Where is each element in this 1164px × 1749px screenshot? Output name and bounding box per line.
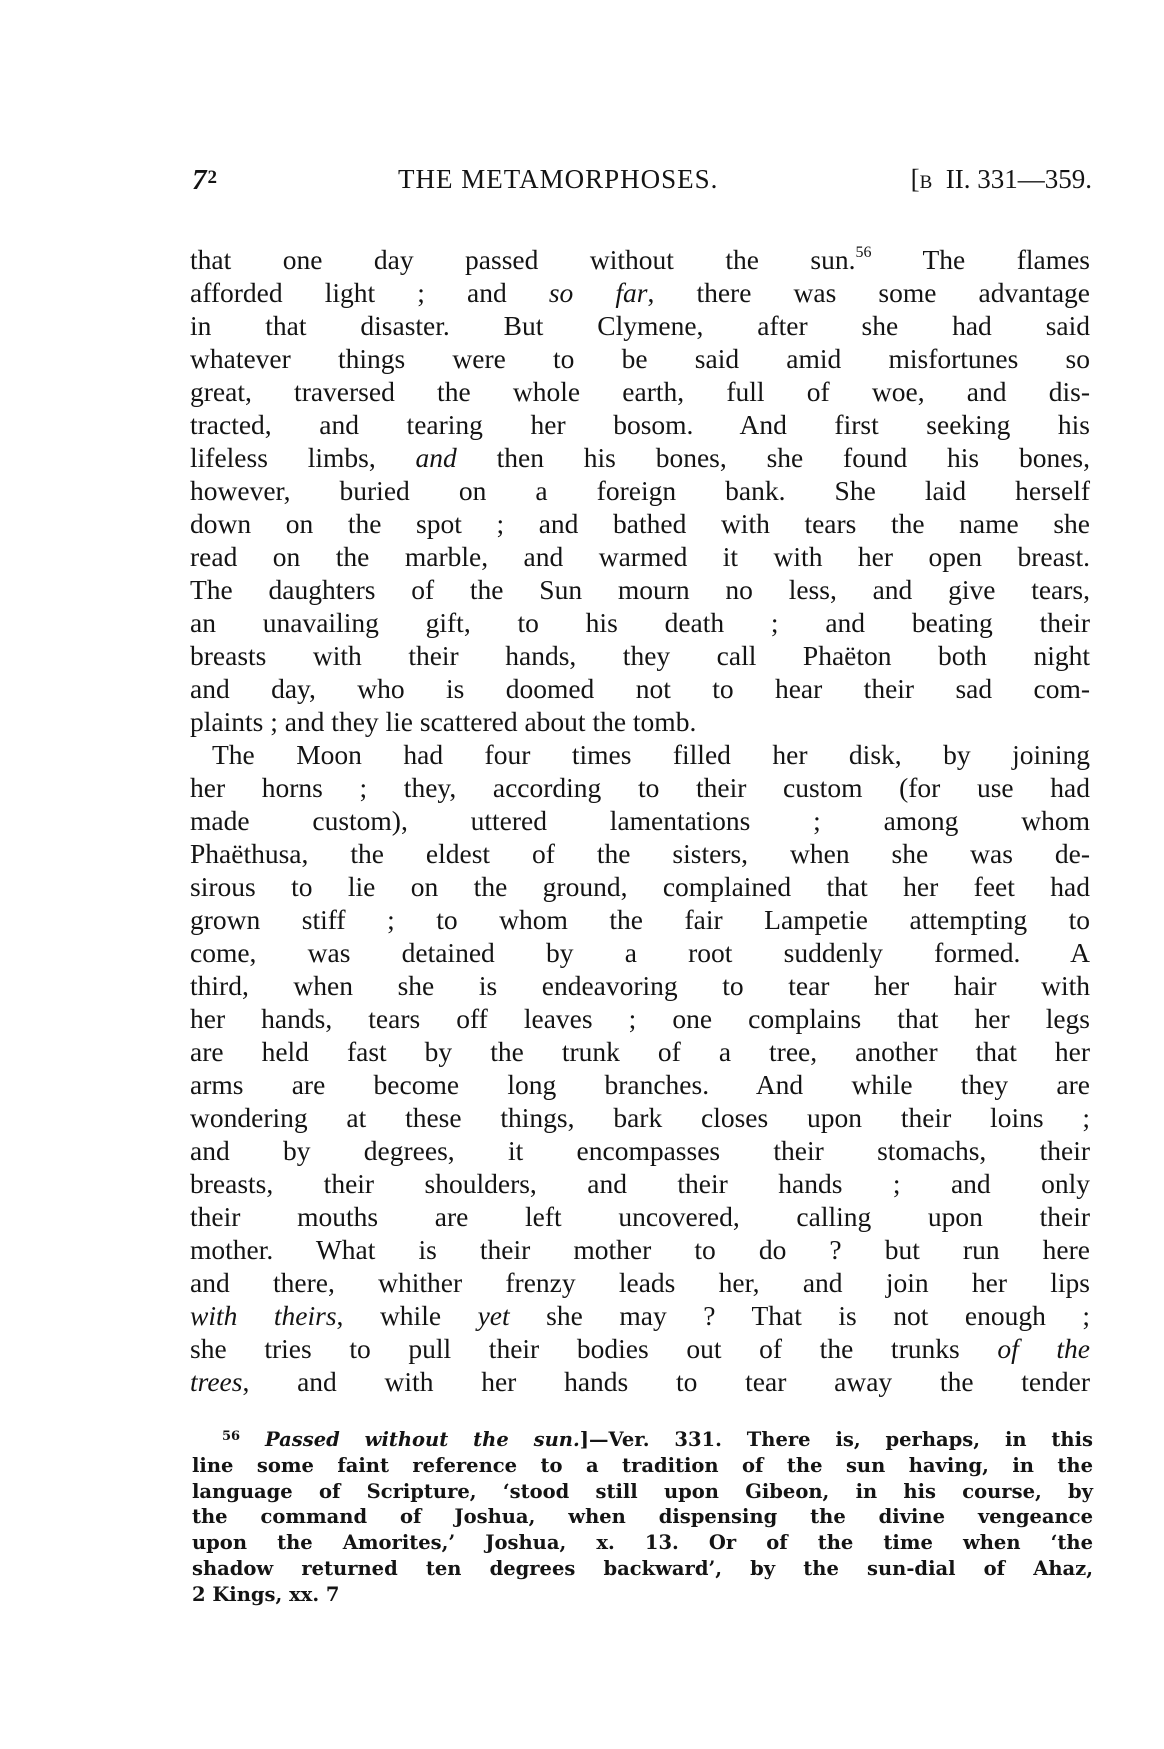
ref-book: B bbox=[920, 172, 933, 193]
footnote-line: language of Scripture, ‘stood still upon… bbox=[192, 1479, 1093, 1505]
text-segment: are held fast by the trunk of a tree, an… bbox=[190, 1036, 1090, 1067]
text-segment: and by degrees, it encompasses their sto… bbox=[190, 1135, 1090, 1166]
footnote-marker: 56 bbox=[856, 244, 872, 261]
body-line: The daughters of the Sun mourn no less, … bbox=[190, 573, 1090, 606]
text-segment: breasts, their shoulders, and their hand… bbox=[190, 1168, 1090, 1199]
body-line: their mouths are left uncovered, calling… bbox=[190, 1200, 1090, 1233]
text-segment: her hands, tears off leaves ; one compla… bbox=[190, 1003, 1090, 1034]
body-line: trees, and with her hands to tear away t… bbox=[190, 1365, 1090, 1398]
page-number: 72 bbox=[192, 164, 218, 197]
text-segment: , and with her hands to tear away the te… bbox=[242, 1366, 1090, 1397]
text-segment: The flames bbox=[872, 244, 1091, 275]
text-segment: an unavailing gift, to his death ; and b… bbox=[190, 607, 1090, 638]
ref-bracket: [ bbox=[911, 164, 920, 194]
footnote-line: shadow returned ten degrees backward’, b… bbox=[192, 1556, 1093, 1582]
text-segment: breasts with their hands, they call Phaë… bbox=[190, 640, 1090, 671]
body-text: that one day passed without the sun.56 T… bbox=[190, 243, 1090, 1398]
text-segment: grown stiff ; to whom the fair Lampetie … bbox=[190, 904, 1090, 935]
body-line: made custom), uttered lamentations ; amo… bbox=[190, 804, 1090, 837]
body-line: that one day passed without the sun.56 T… bbox=[190, 243, 1090, 276]
italic-text: yet bbox=[478, 1300, 510, 1331]
text-segment: and there, whither frenzy leads her, and… bbox=[190, 1267, 1090, 1298]
body-line: however, buried on a foreign bank. She l… bbox=[190, 474, 1090, 507]
body-line: her hands, tears off leaves ; one compla… bbox=[190, 1002, 1090, 1035]
text-segment: she tries to pull their bodies out of th… bbox=[190, 1333, 997, 1364]
body-line: great, traversed the whole earth, full o… bbox=[190, 375, 1090, 408]
body-line: mother. What is their mother to do ? but… bbox=[190, 1233, 1090, 1266]
body-line: third, when she is endeavoring to tear h… bbox=[190, 969, 1090, 1002]
text-segment: whatever things were to be said amid mis… bbox=[190, 343, 1090, 374]
running-head: 72 THE METAMORPHOSES. [B II. 331—359. bbox=[190, 160, 1092, 200]
text-segment: mother. What is their mother to do ? but… bbox=[190, 1234, 1090, 1265]
text-segment: great, traversed the whole earth, full o… bbox=[190, 376, 1090, 407]
body-line: sirous to lie on the ground, complained … bbox=[190, 870, 1090, 903]
body-line: and day, who is doomed not to hear their… bbox=[190, 672, 1090, 705]
text-segment: their mouths are left uncovered, calling… bbox=[190, 1201, 1090, 1232]
body-line: down on the spot ; and bathed with tears… bbox=[190, 507, 1090, 540]
body-line: breasts, their shoulders, and their hand… bbox=[190, 1167, 1090, 1200]
page-number-digit: 7 bbox=[192, 164, 208, 196]
text-segment: plaints ; and they lie scattered about t… bbox=[190, 706, 696, 737]
text-segment: afforded light ; and bbox=[190, 277, 549, 308]
body-line: are held fast by the trunk of a tree, an… bbox=[190, 1035, 1090, 1068]
footnote-line: the command of Joshua, when dispensing t… bbox=[192, 1504, 1093, 1530]
text-segment: , while bbox=[337, 1300, 478, 1331]
text-segment: read on the marble, and warmed it with h… bbox=[190, 541, 1090, 572]
footnote-line: upon the Amorites,’ Joshua, x. 13. Or of… bbox=[192, 1530, 1093, 1556]
italic-text: with theirs bbox=[190, 1300, 337, 1331]
line-reference: [B II. 331—359. bbox=[911, 164, 1092, 195]
text-segment: come, was detained by a root suddenly fo… bbox=[190, 937, 1090, 968]
text-segment: third, when she is endeavoring to tear h… bbox=[190, 970, 1090, 1001]
body-line: and there, whither frenzy leads her, and… bbox=[190, 1266, 1090, 1299]
body-line: an unavailing gift, to his death ; and b… bbox=[190, 606, 1090, 639]
body-line: with theirs, while yet she may ? That is… bbox=[190, 1299, 1090, 1332]
text-segment: made custom), uttered lamentations ; amo… bbox=[190, 805, 1090, 836]
text-segment: that one day passed without the sun. bbox=[190, 244, 856, 275]
body-line: tracted, and tearing her bosom. And firs… bbox=[190, 408, 1090, 441]
text-segment: The daughters of the Sun mourn no less, … bbox=[190, 574, 1090, 605]
text-segment: wondering at these things, bark closes u… bbox=[190, 1102, 1090, 1133]
text-segment: lifeless limbs, bbox=[190, 442, 416, 473]
footnote-marker: 56 bbox=[222, 1429, 240, 1444]
body-line: afforded light ; and so far, there was s… bbox=[190, 276, 1090, 309]
body-line: Phaëthusa, the eldest of the sisters, wh… bbox=[190, 837, 1090, 870]
text-segment: she may ? That is not enough ; bbox=[510, 1300, 1090, 1331]
footnote-line: 56 Passed without the sun.]—Ver. 331. Th… bbox=[192, 1427, 1093, 1453]
text-segment: , there was some advantage bbox=[647, 277, 1090, 308]
text-segment: upon the Amorites,’ Joshua, x. 13. Or of… bbox=[192, 1531, 1093, 1554]
body-line: she tries to pull their bodies out of th… bbox=[190, 1332, 1090, 1365]
text-segment: then his bones, she found his bones, bbox=[457, 442, 1090, 473]
text-segment: language of Scripture, ‘stood still upon… bbox=[192, 1480, 1093, 1503]
text-segment: however, buried on a foreign bank. She l… bbox=[190, 475, 1090, 506]
italic-text: Passed without the sun. bbox=[265, 1428, 580, 1451]
footnote-line: line some faint reference to a tradition… bbox=[192, 1453, 1093, 1479]
italic-text: of the bbox=[997, 1333, 1090, 1364]
footnote-line: 2 Kings, xx. 7 bbox=[192, 1582, 1093, 1608]
italic-text: trees bbox=[190, 1366, 242, 1397]
text-segment: shadow returned ten degrees backward’, b… bbox=[192, 1557, 1093, 1580]
text-segment: her horns ; they, according to their cus… bbox=[190, 772, 1090, 803]
text-segment: Phaëthusa, the eldest of the sisters, wh… bbox=[190, 838, 1090, 869]
text-segment: tracted, and tearing her bosom. And firs… bbox=[190, 409, 1090, 440]
text-segment: sirous to lie on the ground, complained … bbox=[190, 871, 1090, 902]
italic-text: so far bbox=[549, 277, 648, 308]
body-line: wondering at these things, bark closes u… bbox=[190, 1101, 1090, 1134]
text-segment: arms are become long branches. And while… bbox=[190, 1069, 1090, 1100]
body-line: breasts with their hands, they call Phaë… bbox=[190, 639, 1090, 672]
body-line: lifeless limbs, and then his bones, she … bbox=[190, 441, 1090, 474]
text-segment: The Moon had four times filled her disk,… bbox=[212, 739, 1090, 770]
book-page: 72 THE METAMORPHOSES. [B II. 331—359. th… bbox=[0, 0, 1164, 1749]
page-number-sup: 2 bbox=[208, 167, 219, 188]
body-line: her horns ; they, according to their cus… bbox=[190, 771, 1090, 804]
body-line: and by degrees, it encompasses their sto… bbox=[190, 1134, 1090, 1167]
italic-text: and bbox=[416, 442, 457, 473]
body-line: grown stiff ; to whom the fair Lampetie … bbox=[190, 903, 1090, 936]
text-segment: 2 Kings, xx. 7 bbox=[192, 1583, 339, 1606]
running-title: THE METAMORPHOSES. bbox=[398, 164, 718, 195]
text-segment: the command of Joshua, when dispensing t… bbox=[192, 1505, 1093, 1528]
text-segment: ]—Ver. 331. There is, perhaps, in this bbox=[580, 1428, 1093, 1451]
text-segment: in that disaster. But Clymene, after she… bbox=[190, 310, 1090, 341]
text-segment: down on the spot ; and bathed with tears… bbox=[190, 508, 1090, 539]
body-line: come, was detained by a root suddenly fo… bbox=[190, 936, 1090, 969]
body-line: The Moon had four times filled her disk,… bbox=[190, 738, 1090, 771]
ref-lines: II. 331—359. bbox=[946, 164, 1092, 194]
body-line: whatever things were to be said amid mis… bbox=[190, 342, 1090, 375]
text-segment: line some faint reference to a tradition… bbox=[192, 1454, 1093, 1477]
text-segment: and day, who is doomed not to hear their… bbox=[190, 673, 1090, 704]
text-segment bbox=[240, 1428, 265, 1451]
body-line: read on the marble, and warmed it with h… bbox=[190, 540, 1090, 573]
body-line: in that disaster. But Clymene, after she… bbox=[190, 309, 1090, 342]
body-line: arms are become long branches. And while… bbox=[190, 1068, 1090, 1101]
footnotes: 56 Passed without the sun.]—Ver. 331. Th… bbox=[192, 1427, 1093, 1608]
body-line: plaints ; and they lie scattered about t… bbox=[190, 705, 1090, 738]
